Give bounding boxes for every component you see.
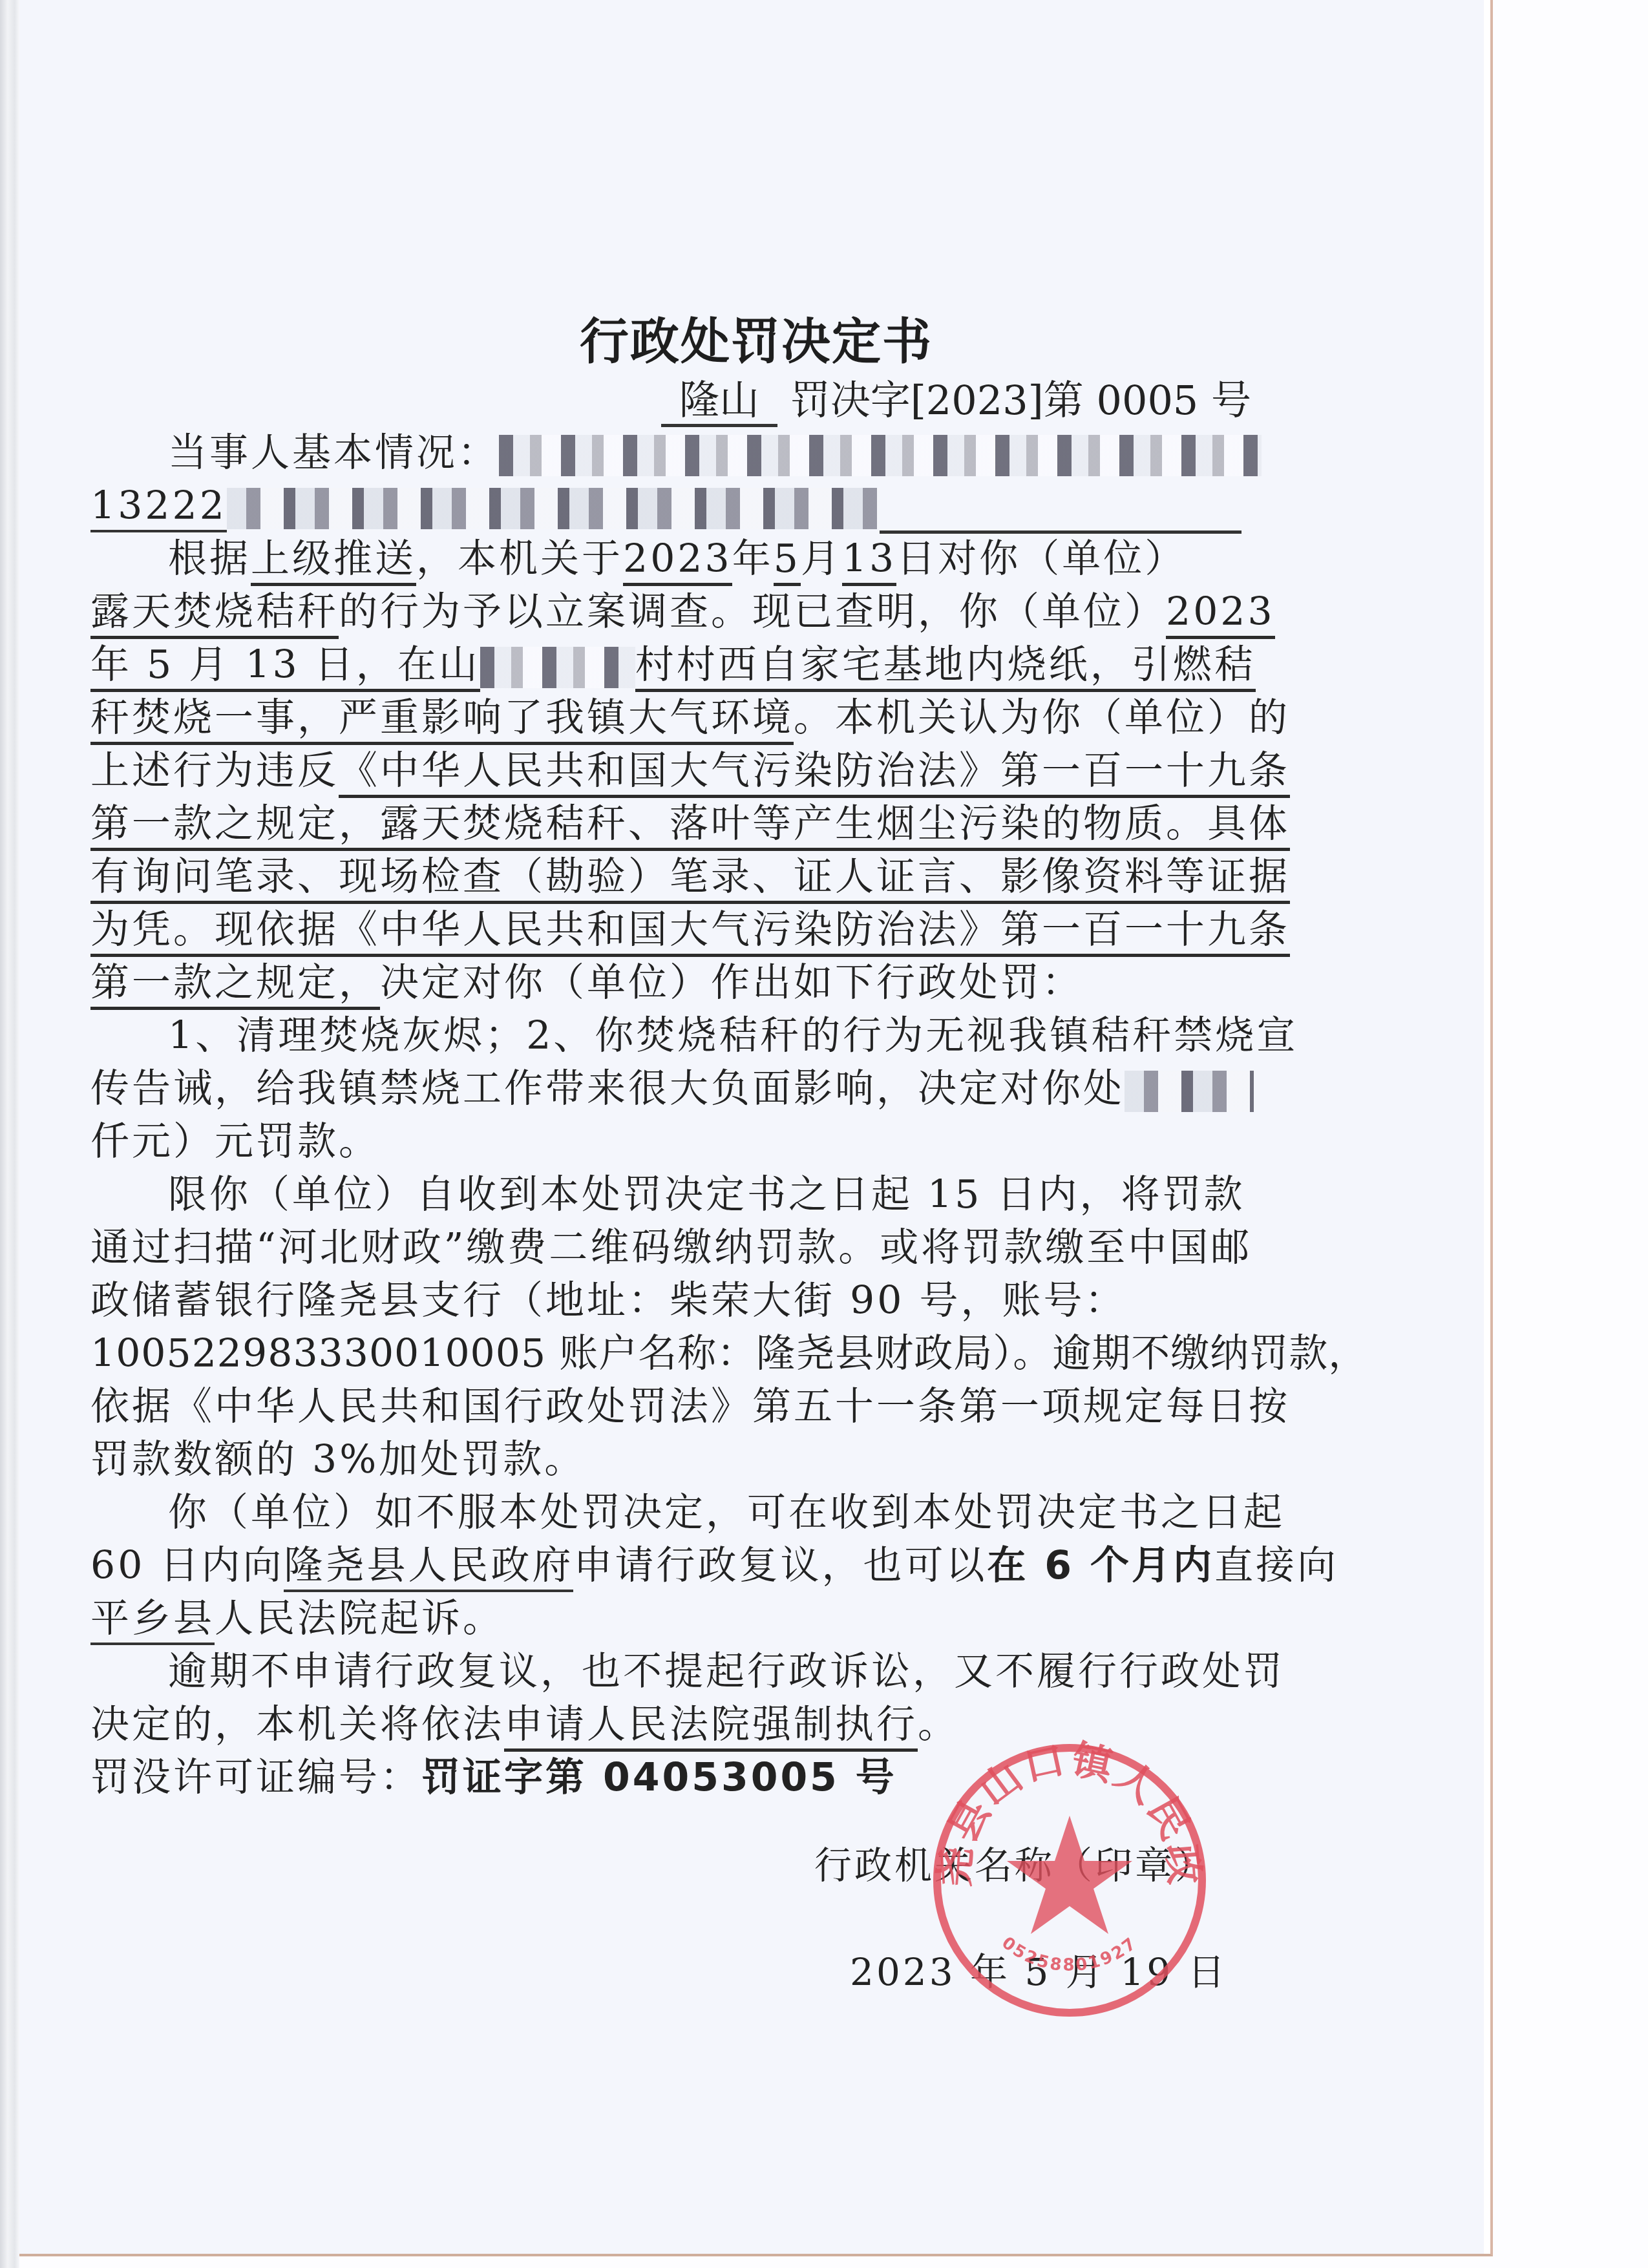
filing-day: 13 [842,536,896,586]
para4-line1: 你（单位）如不服本处罚决定，可在收到本处罚决定书之日起 [90,1486,1267,1539]
redacted-fine-amount [1125,1071,1254,1112]
incident-impact: 秆焚烧一事，严重影响了我镇大气环境 [90,695,794,745]
permit-label: 罚没许可证编号： [90,1755,421,1800]
document-title: 行政处罚决定书 [19,302,1493,373]
permit-number: 罚证字第 04053005 号 [421,1755,897,1800]
filing-year: 2023 [623,536,732,586]
para1-line1: 根据上级推送，本机关于2023年5月13日对你（单位） [90,532,1267,585]
party-phone-prefix: 13222 [90,483,227,532]
document-body: 当事人基本情况： 13222 根据上级推送，本机关于2023年5月13日对你（单… [90,426,1267,1804]
binding-edge [0,0,19,2268]
text: 日对你（单位） [896,536,1186,582]
incident-year: 2023 [1166,589,1275,639]
text: 决定对你（单位）作出如下行政处罚： [380,960,1083,1005]
para4-line3: 平乡县人民法院起诉。 [90,1592,1267,1645]
violated-clause: 第一款之规定，露天焚烧秸秆、落叶等产生烟尘污染的物质。具体 [90,801,1290,851]
text: 根据 [168,536,251,582]
redacted-village-name [480,647,635,688]
para1-line9: 第一款之规定，决定对你（单位）作出如下行政处罚： [90,956,1267,1009]
litigation-deadline: 在 6 个月内 [987,1543,1214,1588]
para3-line6: 罚款数额的 3%加处罚款。 [90,1433,1267,1486]
para1-line3: 年 5 月 13 日，在山村村西自家宅基地内烧纸，引燃秸 [90,638,1267,691]
evidence-list: 有询问笔录、现场检查（勘验）笔录、证人证言、影像资料等证据 [90,854,1290,904]
case-source: 上级推送 [251,536,416,586]
text: 上述行为违反 [90,748,339,793]
text: 60 日内向 [90,1543,284,1588]
filing-month: 5 [774,536,801,586]
redacted-party-contact [227,488,880,529]
para3-line5: 依据《中华人民共和国行政处罚法》第五十一条第一项规定每日按 [90,1380,1267,1433]
incident-date-location: 年 5 月 13 日，在山 [90,642,480,692]
violation-act: 露天焚烧秸秆 [90,589,339,639]
late-penalty-basis: 依据《中华人民共和国行政处罚法》第五十一条第一项规定每日按 [90,1384,1290,1429]
redacted-party-info [499,435,1262,476]
text: 。本机关认为你（单位）的 [794,695,1290,740]
document-number-rest: 罚决字[2023]第 0005 号 [790,377,1251,424]
court-county: 平乡县 [90,1596,215,1645]
legal-basis: 为凭。现依据《中华人民共和国大气污染防治法》第一百一十九条 [90,907,1290,957]
appeal-notice: 你（单位）如不服本处罚决定，可在收到本处罚决定书之日起 [168,1490,1285,1535]
para1-line4: 秆焚烧一事，严重影响了我镇大气环境。本机关认为你（单位）的 [90,691,1267,744]
para5-line1: 逾期不申请行政复议，也不提起行政诉讼，又不履行行政处罚 [90,1645,1267,1698]
official-seal-icon: 隆尧县山口镇人民政府 05258801927 [927,1738,1212,2022]
penalty-fine: 仟元）元罚款。 [90,1119,380,1164]
review-authority: 隆尧县人民政府 [284,1543,573,1592]
para3-line4: 10052298333001​0005 账户名称：隆尧县财政局）。逾期不缴纳罚款… [90,1327,1267,1380]
violated-law: 《中华人民共和国大气污染防治法》第一百一十九条 [339,748,1290,798]
text: 年 [732,536,774,582]
enforcement-notice: 逾期不申请行政复议，也不提起行政诉讼，又不履行行政处罚 [168,1649,1285,1694]
payment-deadline: 限你（单位）自收到本处罚决定书之日起 15 日内，将罚款 [168,1172,1245,1217]
text: 直接向 [1214,1543,1338,1588]
para3-line3: 政储蓄银行隆尧县支行（地址：柴荣大街 90 号，账号： [90,1274,1267,1327]
para2-line3: 仟元）元罚款。 [90,1115,1267,1168]
para1-line6: 第一款之规定，露天焚烧秸秆、落叶等产生烟尘污染的物质。具体 [90,797,1267,850]
incident-description: 村村西自家宅基地内烧纸，引燃秸 [635,642,1256,692]
para1-line5: 上述行为违反《中华人民共和国大气污染防治法》第一百一十九条 [90,744,1267,797]
document-number: 隆山 罚决字[2023]第 0005 号 [661,368,1251,426]
para2-line1: 1、清理焚烧灰烬；2、你焚烧秸秆的行为无视我镇秸秆禁烧宣 [90,1009,1267,1062]
party-info-line-2: 13222 [90,479,1267,532]
penalty-items: 1、清理焚烧灰烬；2、你焚烧秸秆的行为无视我镇秸秆禁烧宣 [168,1013,1298,1058]
para4-line2: 60 日内向隆尧县人民政府申请行政复议，也可以在 6 个月内直接向 [90,1539,1267,1592]
payment-method: 通过扫描“河北财政”缴费二维码缴纳罚款。或将罚款缴至中国邮 [90,1225,1252,1270]
penalty-reason: 传告诫，给我镇禁烧工作带来很大负面影响，决定对你处 [90,1066,1125,1111]
para2-line2: 传告诫，给我镇禁烧工作带来很大负面影响，决定对你处 [90,1062,1267,1115]
para3-line2: 通过扫描“河北财政”缴费二维码缴纳罚款。或将罚款缴至中国邮 [90,1221,1267,1274]
para1-line2: 露天焚烧秸秆的行为予以立案调查。现已查明，你（单位）2023 [90,585,1267,638]
party-info-line: 当事人基本情况： [90,426,1267,479]
para1-line7: 有询问笔录、现场检查（勘验）笔录、证人证言、影像资料等证据 [90,850,1267,903]
svg-text:05258801927: 05258801927 [998,1933,1141,1975]
document-number-prefix: 隆山 [661,377,777,427]
late-penalty-rate: 罚款数额的 3%加处罚款。 [90,1437,586,1482]
text: 的行为予以立案调查。现已查明，你（单位） [339,589,1166,635]
para1-line8: 为凭。现依据《中华人民共和国大气污染防治法》第一百一十九条 [90,903,1267,956]
text: ，本机关于 [416,536,623,582]
para3-line1: 限你（单位）自收到本处罚决定书之日起 15 日内，将罚款 [90,1168,1267,1221]
bank-info: 政储蓄银行隆尧县支行（地址：柴荣大街 90 号，账号： [90,1278,1126,1323]
blank-fill-line [880,492,1241,534]
bank-account: 10052298333001​0005 账户名称：隆尧县财政局）。逾期不缴纳罚款… [90,1331,1368,1376]
legal-basis-clause: 第一款之规定， [90,960,380,1010]
party-info-label: 当事人基本情况： [168,430,499,476]
text: 人民法院起诉。 [215,1596,504,1641]
text: 月 [801,536,842,582]
enforcement-action: 申请人民法院强制执行 [504,1702,918,1752]
text: 申请行政复议，也可以 [573,1543,987,1588]
document-page: 行政处罚决定书 隆山 罚决字[2023]第 0005 号 当事人基本情况： 13… [19,0,1493,2256]
text: 决定的，本机关将依法 [90,1702,504,1747]
